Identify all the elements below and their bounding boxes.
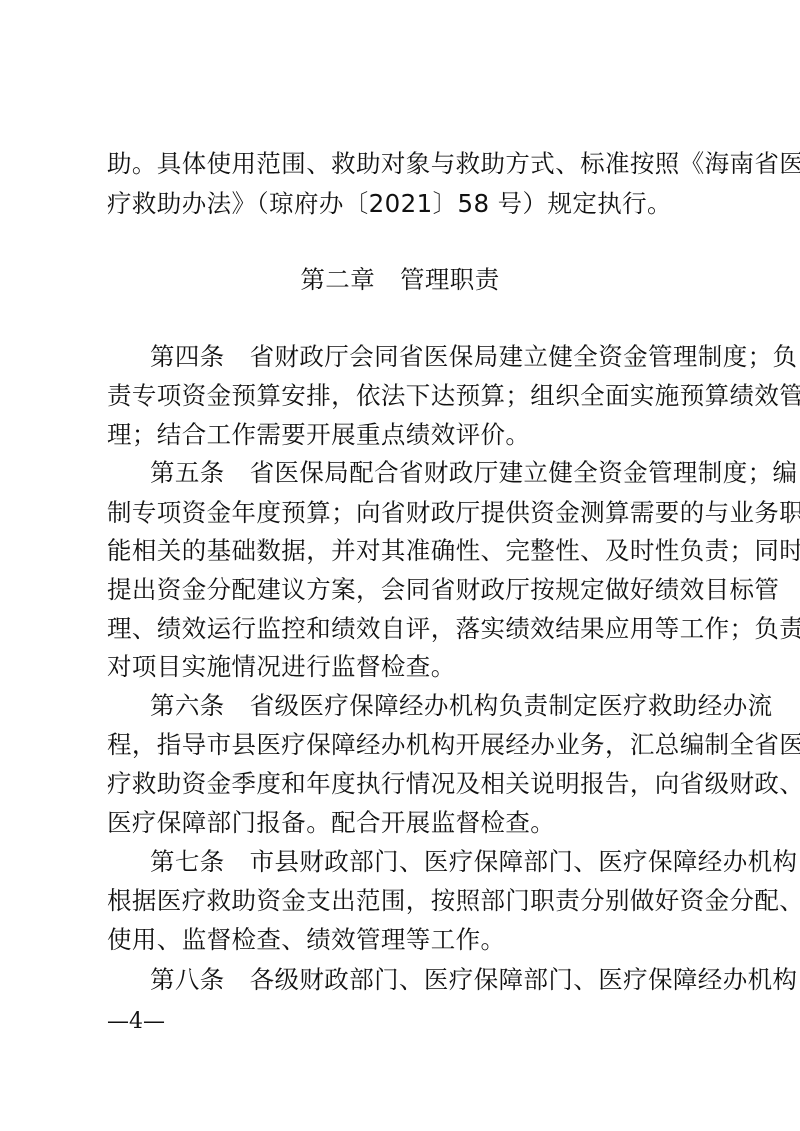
article-label: 第六条 [150,691,225,720]
article-label: 第七条 [150,847,225,876]
body-text-line: 助。具体使用范围、救助对象与救助方式、标准按照《海南省医 [107,149,707,179]
body-text-line: 对项目实施情况进行监督检查。 [107,652,707,682]
body-text-line: 疗救助资金季度和年度执行情况及相关说明报告，向省级财政、 [107,769,707,799]
article-label: 第五条 [150,458,225,487]
body-text-line: 能相关的基础数据，并对其准确性、完整性、及时性负责；同时 [107,536,707,566]
body-text-line: 程，指导市县医疗保障经办机构开展经办业务，汇总编制全省医 [107,730,707,760]
article-label: 第四条 [150,342,225,371]
chapter-heading: 第二章 管理职责 [0,265,800,295]
article-7-line-1: 第七条 市县财政部门、医疗保障部门、医疗保障经办机构 [150,847,707,877]
body-text-line: 提出资金分配建议方案，会同省财政厅按规定做好绩效目标管 [107,575,707,605]
body-text-line: 疗救助办法》（琼府办〔2021〕58 号）规定执行。 [107,189,707,219]
article-text: 市县财政部门、医疗保障部门、医疗保障经办机构 [250,847,798,876]
body-text-line: 使用、监督检查、绩效管理等工作。 [107,925,707,955]
body-text-line: 理、绩效运行监控和绩效自评，落实绩效结果应用等工作；负责 [107,614,707,644]
article-text: 各级财政部门、医疗保障部门、医疗保障经办机构 [250,965,798,994]
article-4-line-1: 第四条 省财政厅会同省医保局建立健全资金管理制度；负 [150,342,707,372]
body-text-line: 制专项资金年度预算；向省财政厅提供资金测算需要的与业务职 [107,498,707,528]
body-text-line: 根据医疗救助资金支出范围，按照部门职责分别做好资金分配、 [107,886,707,916]
article-text: 省医保局配合省财政厅建立健全资金管理制度；编 [250,458,798,487]
article-6-line-1: 第六条 省级医疗保障经办机构负责制定医疗救助经办流 [150,691,707,721]
article-5-line-1: 第五条 省医保局配合省财政厅建立健全资金管理制度；编 [150,458,707,488]
article-text: 省级医疗保障经办机构负责制定医疗救助经办流 [250,691,773,720]
article-text: 省财政厅会同省医保局建立健全资金管理制度；负 [250,342,798,371]
body-text-line: 责专项资金预算安排，依法下达预算；组织全面实施预算绩效管 [107,381,707,411]
article-label: 第八条 [150,965,225,994]
page-number: —4— [107,1008,165,1036]
document-page: 助。具体使用范围、救助对象与救助方式、标准按照《海南省医 疗救助办法》（琼府办〔… [0,0,800,1131]
article-8-line-1: 第八条 各级财政部门、医疗保障部门、医疗保障经办机构 [150,965,707,995]
body-text-line: 医疗保障部门报备。配合开展监督检查。 [107,808,707,838]
body-text-line: 理；结合工作需要开展重点绩效评价。 [107,420,707,450]
